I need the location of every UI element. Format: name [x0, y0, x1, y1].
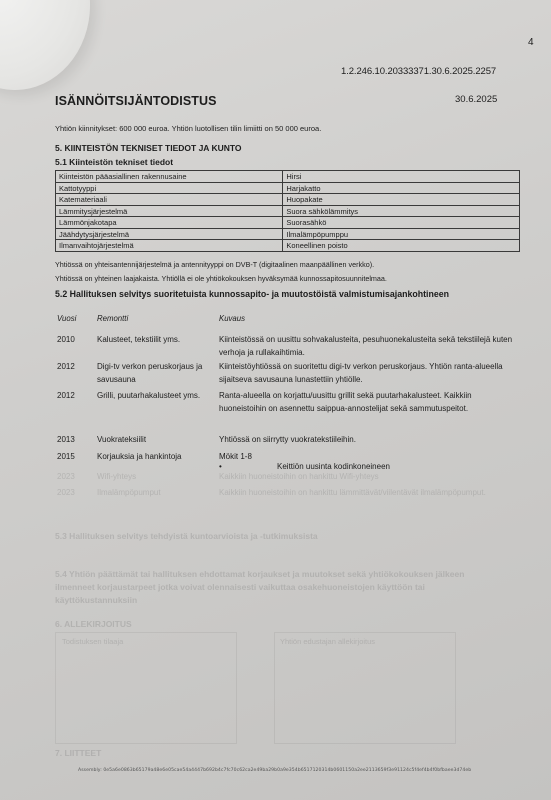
column-header-description: Kuvaus [219, 314, 245, 323]
tech-key: Kattotyyppi [56, 182, 283, 194]
section-5-1-heading: 5.1 Kiinteistön tekniset tiedot [55, 157, 173, 167]
bleed-signature-box-right [274, 632, 456, 744]
renovation-year: 2012 [57, 360, 75, 373]
tech-key: Jäähdytysjärjestelmä [56, 228, 283, 240]
bleed-signature-box-left [55, 632, 237, 744]
bleed-signature-left-label: Todistuksen tilaaja [62, 637, 123, 646]
section-5-2-heading: 5.2 Hallituksen selvitys suoritetuista k… [55, 289, 449, 299]
renovation-year: 2010 [57, 333, 75, 346]
document-title: ISÄNNÖITSIJÄNTODISTUS [55, 94, 217, 108]
bleed-renovation: Wifi-yhteys [97, 470, 215, 483]
column-header-renovation: Remontti [97, 314, 128, 323]
document-date: 30.6.2025 [455, 94, 497, 105]
document-id: 1.2.246.10.20333371.30.6.2025.2257 [341, 66, 496, 77]
table-row: KatemateriaaliHuopakate [56, 194, 520, 206]
bleed-section-7: 7. LIITTEET [55, 748, 101, 758]
bleed-section-5-4-line2: ilmenneet korjaustarpeet jotka voivat ol… [55, 582, 425, 592]
tech-key: Lämmönjakotapa [56, 217, 283, 229]
tech-value: Suorasähkö [283, 217, 520, 229]
tech-value: Ilmalämpöpumppu [283, 228, 520, 240]
renovation-renovation: Digi-tv verkon peruskorjaus ja savusauna [97, 360, 215, 386]
table-row: LämmitysjärjestelmäSuora sähkölämmitys [56, 205, 520, 217]
antenna-note: Yhtiössä on yhteisantennijärjestelmä ja … [55, 260, 374, 269]
tech-key: Lämmitysjärjestelmä [56, 205, 283, 217]
broadband-note: Yhtiössä on yhteinen laajakaista. Yhtiöl… [55, 274, 387, 283]
bleed-section-5-4-line1: 5.4 Yhtiön päättämät tai hallituksen ehd… [55, 569, 464, 579]
renovation-year: 2012 [57, 389, 75, 402]
table-row: IlmanvaihtojärjestelmäKoneellinen poisto [56, 240, 520, 252]
renovation-renovation: Vuokrateksiilit [97, 433, 215, 446]
table-row: Kiinteistön pääasiallinen rakennusaineHi… [56, 171, 520, 183]
tech-value: Koneellinen poisto [283, 240, 520, 252]
bleed-signature-right-label: Yhtiön edustajan allekirjoitus [280, 637, 375, 646]
table-row: JäähdytysjärjestelmäIlmalämpöpumppu [56, 228, 520, 240]
tech-key: Katemateriaali [56, 194, 283, 206]
bleed-year: 2023 [57, 470, 75, 483]
bleed-description: Kaikkiin huoneistoihin on hankittu lämmi… [219, 486, 519, 499]
renovation-description: Kiinteistöyhtiössä on suoritettu digi-tv… [219, 360, 519, 386]
mortgage-text: Yhtiön kiinnitykset: 600 000 euroa. Yhti… [55, 124, 321, 133]
page-number: 4 [528, 37, 534, 48]
tech-value: Hirsi [283, 171, 520, 183]
renovation-description: Kiinteistössä on uusittu sohvakalusteita… [219, 333, 519, 359]
bleed-section-6: 6. ALLEKIRJOITUS [55, 619, 132, 629]
renovation-description: Yhtiössä on siirrytty vuokratekstiileihi… [219, 433, 519, 446]
bleed-section-5-4-line3: käyttökustannuksiin [55, 595, 137, 605]
bleed-section-5-3: 5.3 Hallituksen selvitys tehdyistä kunto… [55, 531, 318, 541]
page-curl-shadow [0, 0, 90, 90]
table-row: LämmönjakotapaSuorasähkö [56, 217, 520, 229]
renovation-year: 2013 [57, 433, 75, 446]
technical-details-table: Kiinteistön pääasiallinen rakennusaineHi… [55, 170, 520, 252]
tech-value: Suora sähkölämmitys [283, 205, 520, 217]
tech-key: Kiinteistön pääasiallinen rakennusaine [56, 171, 283, 183]
renovation-renovation: Kalusteet, tekstiilit yms. [97, 333, 215, 346]
renovation-renovation: Grilli, puutarhakalusteet yms. [97, 389, 215, 402]
tech-value: Huopakate [283, 194, 520, 206]
bleed-renovation: Ilmalämpöpumput [97, 486, 215, 499]
column-header-year: Vuosi [57, 314, 76, 323]
bleed-year: 2023 [57, 486, 75, 499]
renovation-year: 2015 [57, 450, 75, 463]
table-row: KattotyyppiHarjakatto [56, 182, 520, 194]
renovation-renovation: Korjauksia ja hankintoja [97, 450, 215, 463]
tech-key: Ilmanvaihtojärjestelmä [56, 240, 283, 252]
renovation-description: Ranta-alueella on korjattu/uusittu grill… [219, 389, 519, 415]
bleed-description: Kaikkiin huoneistoihin on hankittu Wifi-… [219, 470, 519, 483]
section-5-heading: 5. KIINTEISTÖN TEKNISET TIEDOT JA KUNTO [55, 143, 242, 153]
tech-value: Harjakatto [283, 182, 520, 194]
assembly-hash: Assembly: 0e5a6e0863b65179a48e6e05cae54a… [78, 768, 471, 773]
